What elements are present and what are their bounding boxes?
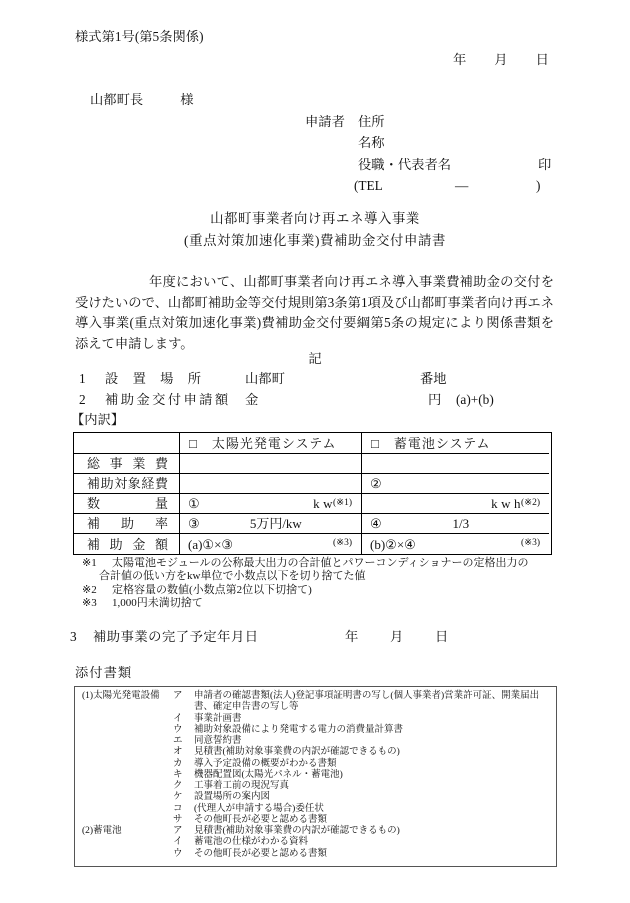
quantity-battery-unit: kwh (491, 497, 524, 510)
breakdown-table: □ 太陽光発電システム □ 蓄電池システム 総事業費 補助対象経費 ② 数量 ①… (73, 432, 552, 555)
attachment-item-letter: コ (173, 804, 194, 815)
battery-checkbox[interactable]: □ (371, 437, 379, 450)
attachment-item-text: 同意誓約書 (194, 736, 556, 747)
attachments-list: ア申請者の確認書類(法人)登記事項証明書の写し(個人事業者)営業許可証、開業届出… (173, 691, 556, 860)
item3-day-label: 日 (435, 630, 448, 643)
title-line2: (重点対策加速化事業)費補助金交付申請書 (0, 230, 630, 252)
item-completion-date: 3 補助事業の完了予定年月日 年 月 日 (70, 630, 550, 648)
attachment-item-letter: ク (173, 781, 194, 792)
applicant-name-line: 名称 (305, 136, 565, 157)
attachment-item: キ機器配置図(太陽光パネル・蓄電池) (173, 770, 556, 781)
applicant-block: 申請者住所 名称 役職・代表者名 印 (TEL ― ) (305, 115, 565, 201)
footnote-1-mark: ※1 (82, 557, 112, 570)
attachment-item: イ事業計画書 (173, 714, 556, 725)
tel-dash: ― (455, 179, 468, 192)
attachment-item-text: その他町長が必要と認める書類 (194, 849, 556, 860)
amount-battery-note: (※3) (521, 539, 540, 549)
attachment-item-letter: イ (173, 714, 194, 725)
footnote-3-text: 1,000円未満切捨て (112, 597, 203, 610)
item2-unit: 円 (428, 393, 441, 406)
attachment-item-letter: エ (173, 736, 194, 747)
attachment-item-letter: オ (173, 747, 194, 758)
solar-header-label: 太陽光発電システム (212, 437, 337, 450)
amount-label-cell: 補助金額 (74, 534, 180, 554)
footnote-1-continued: 合計値の低い方をkw単位で小数点以下を切り捨てた値 (82, 570, 528, 583)
attachment-item-text: 見積書(補助対象事業費の内訳が確認できるもの) (194, 747, 556, 758)
attachment-item-text: 補助対象設備により発電する電力の消費量計算書 (194, 725, 556, 736)
attachment-item-letter: ウ (173, 725, 194, 736)
rate-solar-cell: ③ 5万円/kw (180, 514, 362, 534)
applicant-label: 申請者 (305, 115, 345, 128)
total-cost-label-cell: 総事業費 (74, 454, 180, 474)
attachment-item-text: 見積書(補助対象事業費の内訳が確認できるもの) (194, 826, 556, 837)
amount-solar-note: (※3) (333, 539, 352, 549)
rate-label-cell: 補助率 (74, 514, 180, 534)
attachment-item: オ見積書(補助対象事業費の内訳が確認できるもの) (173, 747, 556, 758)
attachment-item-text: 導入予定設備の概要がわかる書類 (194, 759, 556, 770)
attachment-item-text: その他町長が必要と認める書類 (194, 815, 556, 826)
quantity-solar-cell: ① kw (※1) (180, 494, 362, 514)
attachment-item-text: 申請者の確認書類(法人)登記事項証明書の写し(個人事業者)営業許可証、開業届出書… (194, 691, 556, 714)
footnote-2-mark: ※2 (82, 584, 112, 597)
document-title: 山都町事業者向け再エネ導入事業 (重点対策加速化事業)費補助金交付申請書 (0, 208, 630, 252)
attachment-item-letter: ケ (173, 792, 194, 803)
quantity-solar-note: (※1) (333, 499, 352, 509)
attachment-item: ウ補助対象設備により発電する電力の消費量計算書 (173, 725, 556, 736)
footnote-3-mark: ※3 (82, 597, 112, 610)
role-label: 役職・代表者名 (358, 157, 451, 172)
attachments-group2-label: (2)蓄電池 (82, 827, 122, 837)
attachment-item-text: (代理人が申請する場合)委任状 (194, 804, 556, 815)
attachment-item: コ(代理人が申請する場合)委任状 (173, 804, 556, 815)
item1-number: 1 (79, 372, 86, 385)
date-month-label: 月 (494, 52, 507, 67)
attachment-item-text: 機器配置図(太陽光パネル・蓄電池) (194, 770, 556, 781)
footnote-2: ※2 定格容量の数値(小数点第2位以下切捨て) (82, 584, 528, 597)
amount-battery-cell: (b)②×④ (※3) (362, 534, 549, 554)
item2-currency: 金 (245, 393, 258, 406)
total-cost-battery-cell (362, 454, 549, 474)
item3-year-label: 年 (345, 630, 358, 643)
attachment-item: カ導入予定設備の概要がわかる書類 (173, 759, 556, 770)
attachment-item-letter: ウ (173, 849, 194, 860)
amount-label: 補助金額 (87, 538, 168, 551)
attachment-item: エ同意誓約書 (173, 736, 556, 747)
solar-header-cell: □ 太陽光発電システム (180, 433, 362, 454)
rate-battery-cell: ④ 1/3 (362, 514, 549, 534)
eligible-cost-label-cell: 補助対象経費 (74, 474, 180, 494)
item2-label: 補助金交付申請額 (105, 393, 231, 406)
attachment-item: ク工事着工前の現況写真 (173, 781, 556, 792)
rate-label: 補助率 (87, 517, 168, 530)
mark-3: ③ (188, 517, 200, 530)
attachment-item-letter: ア (173, 826, 194, 837)
footnote-1: ※1 太陽電池モジュールの公称最大出力の合計値とパワーコンディショナーの定格出力… (82, 557, 528, 570)
attachments-table: (1)太陽光発電設備 (2)蓄電池 ア申請者の確認書類(法人)登記事項証明書の写… (74, 686, 557, 867)
eligible-cost-solar-cell (180, 474, 362, 494)
rate-battery-value: 1/3 (382, 517, 540, 530)
attachments-group1-label: (1)太陽光発電設備 (82, 692, 160, 702)
attachment-item-text: 事業計画書 (194, 714, 556, 725)
body-paragraph: 年度において、山都町事業者向け再エネ導入事業費補助金の交付を受けたいので、山都町… (75, 272, 554, 354)
eligible-cost-label: 補助対象経費 (87, 477, 168, 490)
attachment-item-text: 蓄電池の仕様がわかる資料 (194, 837, 556, 848)
applicant-address-line: 申請者住所 (305, 115, 565, 136)
quantity-battery-note: (※2) (521, 499, 540, 509)
title-line1: 山都町事業者向け再エネ導入事業 (0, 208, 630, 230)
item2-number: 2 (79, 393, 86, 406)
total-cost-solar-cell (180, 454, 362, 474)
item1-value: 山都町 (245, 372, 285, 385)
footnote-1-text: 太陽電池モジュールの公称最大出力の合計値とパワーコンディショナーの定格出力の (112, 557, 528, 570)
table-corner-cell (74, 433, 180, 454)
item-installation-location: 1 設置場所 山都町 番地 (75, 372, 554, 390)
footnotes: ※1 太陽電池モジュールの公称最大出力の合計値とパワーコンディショナーの定格出力… (82, 557, 528, 611)
mark-2: ② (370, 477, 382, 490)
item3-month-label: 月 (390, 630, 403, 643)
addressee-name: 山都町長 (90, 92, 143, 107)
mark-1: ① (188, 497, 200, 510)
footnote-2-text: 定格容量の数値(小数点第2位以下切捨て) (112, 584, 312, 597)
attachment-item-letter: サ (173, 815, 194, 826)
item1-unit: 番地 (420, 372, 447, 385)
item1-label: 設置場所 (105, 372, 201, 385)
address-label: 住所 (358, 114, 385, 129)
amount-solar-formula: (a)①×③ (188, 538, 233, 551)
item2-formula: (a)+(b) (456, 393, 494, 406)
date-day-label: 日 (536, 52, 549, 67)
applicant-role-line: 役職・代表者名 印 (305, 158, 565, 179)
addressee-line: 山都町長様 (90, 93, 193, 106)
attachment-item-text: 設置場所の案内図 (194, 792, 556, 803)
attachment-item: イ蓄電池の仕様がわかる資料 (173, 837, 556, 848)
quantity-battery-cell: kwh (※2) (362, 494, 549, 514)
total-cost-label: 総事業費 (87, 457, 168, 470)
attachment-item: ウその他町長が必要と認める書類 (173, 849, 556, 860)
amount-battery-formula: (b)②×④ (370, 538, 416, 551)
attachment-item: ケ設置場所の案内図 (173, 792, 556, 803)
attachment-item-letter: イ (173, 837, 194, 848)
quantity-label: 数量 (87, 497, 168, 510)
attachments-heading: 添付書類 (75, 666, 132, 679)
seal-label: 印 (538, 158, 551, 171)
ki-separator: 記 (0, 352, 630, 365)
addressee-honorific: 様 (180, 92, 193, 107)
name-label: 名称 (358, 135, 385, 150)
item3-number: 3 (70, 630, 77, 643)
amount-solar-cell: (a)①×③ (※3) (180, 534, 362, 554)
form-number: 様式第1号(第5条関係) (75, 30, 204, 43)
mark-4: ④ (370, 517, 382, 530)
breakdown-heading: 【内訳】 (71, 413, 124, 426)
attachment-item: ア見積書(補助対象事業費の内訳が確認できるもの) (173, 826, 556, 837)
tel-open: (TEL (354, 179, 383, 192)
attachment-item: ア申請者の確認書類(法人)登記事項証明書の写し(個人事業者)営業許可証、開業届出… (173, 691, 556, 714)
date-year-label: 年 (453, 52, 466, 67)
solar-checkbox[interactable]: □ (189, 437, 197, 450)
attachment-item-letter: キ (173, 770, 194, 781)
item-subsidy-amount: 2 補助金交付申請額 金 円 (a)+(b) (75, 393, 554, 411)
attachment-item-text: 工事着工前の現況写真 (194, 781, 556, 792)
quantity-label-cell: 数量 (74, 494, 180, 514)
applicant-tel-line: (TEL ― ) (305, 179, 565, 200)
battery-header-label: 蓄電池システム (394, 437, 491, 450)
attachment-item: サその他町長が必要と認める書類 (173, 815, 556, 826)
footnote-3: ※3 1,000円未満切捨て (82, 597, 528, 610)
item3-label: 補助事業の完了予定年月日 (93, 630, 259, 643)
eligible-cost-battery-cell: ② (362, 474, 549, 494)
attachment-item-letter: ア (173, 691, 194, 714)
battery-header-cell: □ 蓄電池システム (362, 433, 549, 454)
date-line: 年月日 (453, 53, 549, 66)
tel-close: ) (536, 179, 540, 192)
rate-solar-value: 5万円/kw (200, 517, 352, 530)
attachment-item-letter: カ (173, 759, 194, 770)
application-form-page: 様式第1号(第5条関係) 年月日 山都町長様 申請者住所 名称 役職・代表者名 … (0, 0, 630, 903)
